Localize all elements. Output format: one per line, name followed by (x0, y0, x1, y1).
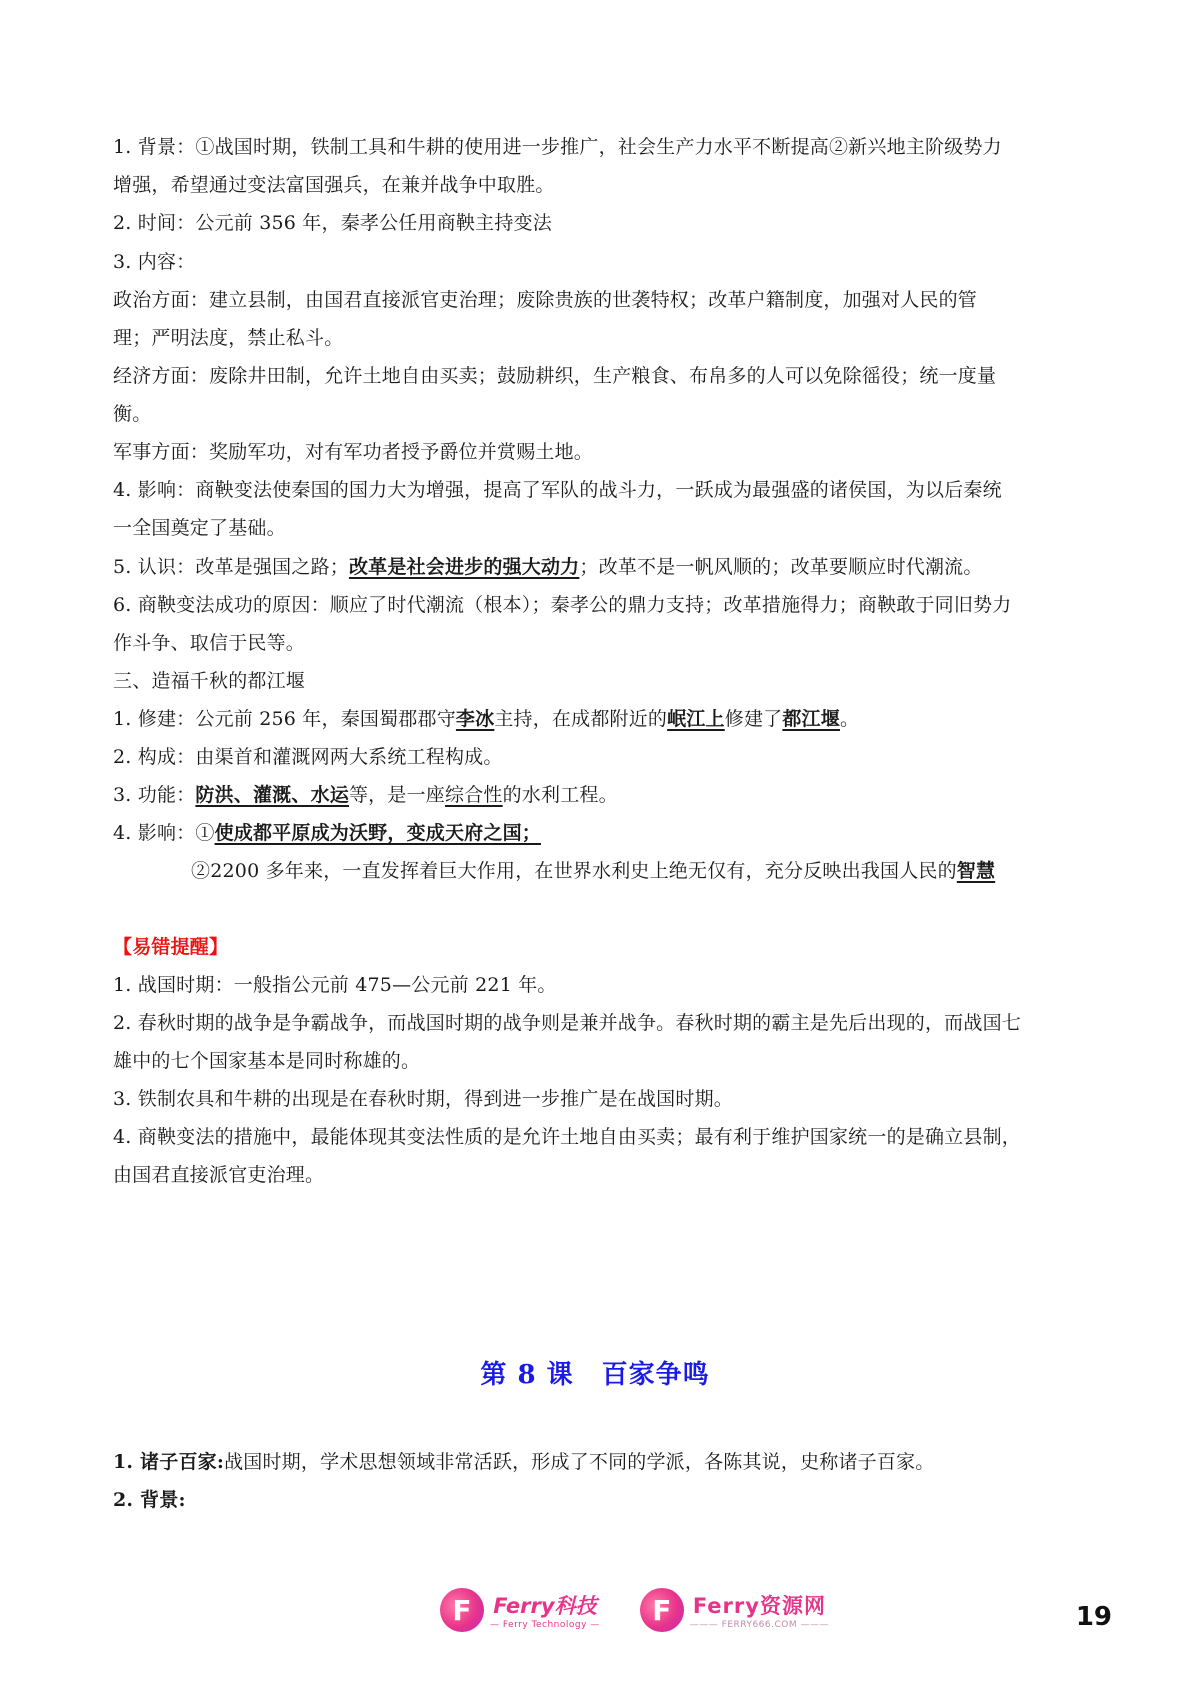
dujiangyan-name: 都江堰 (782, 708, 840, 730)
dujiangyan-function: 3. 功能：防洪、灌溉、水运等，是一座综合性的水利工程。 (113, 783, 618, 807)
reminder-item-2-line2: 雄中的七个国家基本是同时称雄的。 (113, 1049, 420, 1073)
shangyang-background-line1: 1. 背景：①战国时期，铁制工具和牛耕的使用进一步推广，社会生产力水平不断提高②… (113, 135, 1002, 159)
shangyang-reason-line1: 6. 商鞅变法成功的原因：顺应了时代潮流（根本）；秦孝公的鼎力支持；改革措施得力… (113, 593, 1011, 617)
shangyang-economy-line2: 衡。 (113, 402, 151, 426)
ferry-tech-name: Ferry科技 (493, 1590, 596, 1620)
ferry-resource-name: Ferry资源网 (693, 1590, 826, 1620)
build-text: 主持，在成都附近的 (494, 708, 667, 730)
view-suffix: ；改革不是一帆风顺的；改革要顺应时代潮流。 (579, 556, 982, 578)
ferry-f-icon: F (640, 1588, 684, 1632)
shangyang-politics-line2: 理；严明法度，禁止私斗。 (113, 326, 343, 350)
shangyang-view: 5. 认识：改革是强国之路；改革是社会进步的强大动力；改革不是一帆风顺的；改革要… (113, 555, 983, 579)
lesson8-para-2: 2. 背景: (113, 1488, 186, 1512)
impact-emphasis: 使成都平原成为沃野，变成天府之国； (215, 822, 541, 844)
shangyang-military: 军事方面：奖励军功，对有军功者授予爵位并赏赐土地。 (113, 440, 593, 464)
shangyang-content-heading: 3. 内容： (113, 250, 195, 274)
min-river: 岷江上 (667, 708, 725, 730)
dujiangyan-impact-2: ②2200 多年来，一直发挥着巨大作用，在世界水利史上绝无仅有，充分反映出我国人… (191, 859, 995, 883)
dujiangyan-impact-1: 4. 影响：①使成都平原成为沃野，变成天府之国； (113, 821, 541, 845)
page-number: 19 (1076, 1602, 1112, 1632)
dujiangyan-build: 1. 修建：公元前 256 年，秦国蜀郡郡守李冰主持，在成都附近的岷江上修建了都… (113, 707, 859, 731)
footer-logos: F Ferry科技 — Ferry Technology — F Ferry资源… (440, 1580, 829, 1640)
function-emphasis: 防洪、灌溉、水运 (195, 784, 349, 806)
comprehensive-underline: 综合性 (445, 784, 503, 806)
reminder-item-4-line1: 4. 商鞅变法的措施中，最能体现其变法性质的是允许土地自由买卖；最有利于维护国家… (113, 1125, 1021, 1149)
lesson-8-title: 第 8 课百家争鸣 (0, 1354, 1190, 1391)
ferry-tech-logo: F Ferry科技 — Ferry Technology — (440, 1588, 600, 1632)
build-text: 1. 修建：公元前 256 年，秦国蜀郡郡守 (113, 708, 456, 730)
zhuzi-label: 1. 诸子百家: (113, 1451, 224, 1473)
shangyang-impact-line1: 4. 影响：商鞅变法使秦国的国力大为增强，提高了军队的战斗力，一跃成为最强盛的诸… (113, 478, 1002, 502)
li-bing: 李冰 (456, 708, 494, 730)
view-emphasis: 改革是社会进步的强大动力 (349, 556, 579, 578)
reminder-item-4-line2: 由国君直接派官吏治理。 (113, 1163, 324, 1187)
lesson8-para-1: 1. 诸子百家:战国时期，学术思想领域非常活跃，形成了不同的学派，各陈其说，史称… (113, 1450, 934, 1474)
lesson-name: 百家争鸣 (602, 1360, 710, 1390)
view-prefix: 5. 认识：改革是强国之路； (113, 556, 349, 578)
ferry-tech-sub: — Ferry Technology — (490, 1620, 600, 1630)
dujiangyan-structure: 2. 构成：由渠首和灌溉网两大系统工程构成。 (113, 745, 503, 769)
function-text: 3. 功能： (113, 784, 195, 806)
shangyang-impact-line2: 一全国奠定了基础。 (113, 516, 286, 540)
reminder-item-1: 1. 战国时期：一般指公元前 475—公元前 221 年。 (113, 973, 557, 997)
build-text: 。 (840, 708, 859, 730)
shangyang-time: 2. 时间：公元前 356 年，秦孝公任用商鞅主持变法 (113, 211, 552, 235)
ferry-resource-logo: F Ferry资源网 ——— FERRY666.COM ——— (640, 1588, 829, 1632)
reminder-item-2-line1: 2. 春秋时期的战争是争霸战争，而战国时期的战争则是兼并战争。春秋时期的霸主是先… (113, 1011, 1021, 1035)
shangyang-politics-line1: 政治方面：建立县制，由国君直接派官吏治理；废除贵族的世袭特权；改革户籍制度，加强… (113, 288, 977, 312)
shangyang-background-line2: 增强，希望通过变法富国强兵，在兼并战争中取胜。 (113, 173, 555, 197)
impact-text: ②2200 多年来，一直发挥着巨大作用，在世界水利史上绝无仅有，充分反映出我国人… (191, 860, 957, 882)
ferry-resource-url: ——— FERRY666.COM ——— (690, 1620, 829, 1630)
impact-text: 4. 影响：① (113, 822, 215, 844)
shangyang-economy-line1: 经济方面：废除井田制，允许土地自由买卖；鼓励耕织，生产粮食、布帛多的人可以免除徭… (113, 364, 996, 388)
reminder-item-3: 3. 铁制农具和牛耕的出现是在春秋时期，得到进一步推广是在战国时期。 (113, 1087, 733, 1111)
build-text: 修建了 (725, 708, 783, 730)
zhuzi-text: 战国时期，学术思想领域非常活跃，形成了不同的学派，各陈其说，史称诸子百家。 (224, 1451, 934, 1473)
function-text: 的水利工程。 (503, 784, 618, 806)
lesson-number: 第 8 课 (480, 1360, 573, 1390)
wisdom-emphasis: 智慧 (957, 860, 995, 882)
shangyang-reason-line2: 作斗争、取信于民等。 (113, 631, 305, 655)
reminder-title: 【易错提醒】 (113, 935, 228, 959)
function-text: 等，是一座 (349, 784, 445, 806)
ferry-f-icon: F (440, 1588, 484, 1632)
dujiangyan-heading: 三、造福千秋的都江堰 (113, 669, 305, 693)
document-page: 1. 背景：①战国时期，铁制工具和牛耕的使用进一步推广，社会生产力水平不断提高②… (0, 0, 1190, 1683)
